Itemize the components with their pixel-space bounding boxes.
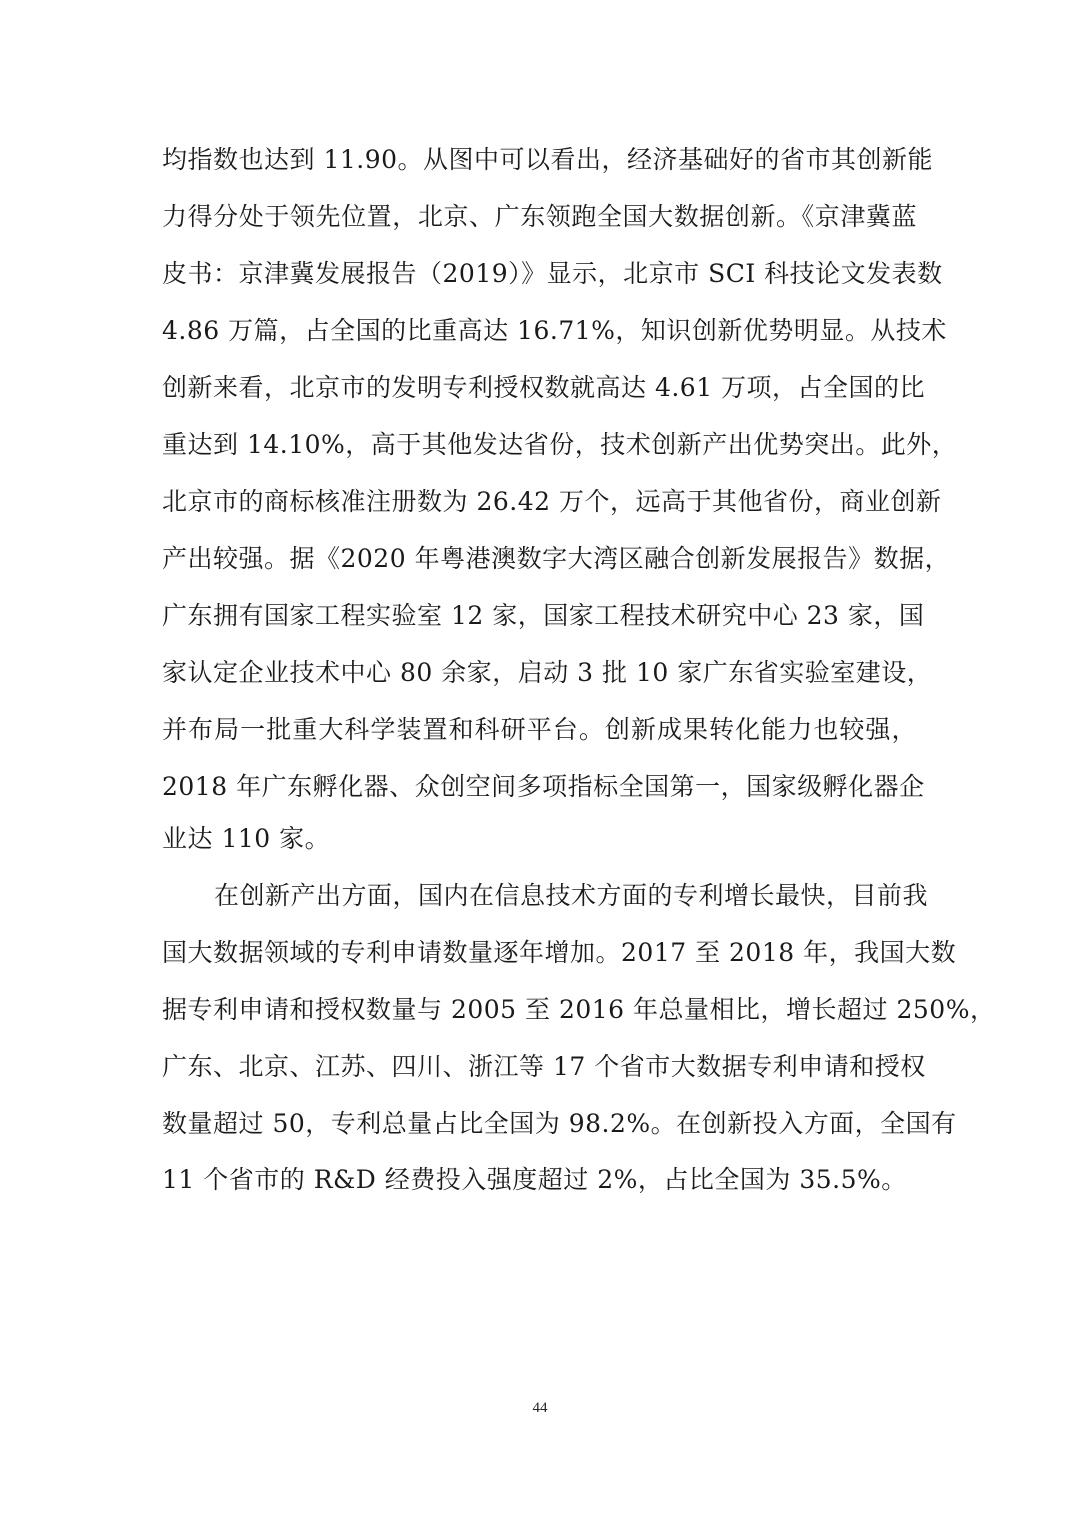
text-line: 据专利申请和授权数量与 2005 至 2016 年总量相比，增长超过 250%， [162,990,917,1030]
text-line: 2018 年广东孵化器、众创空间多项指标全国第一，国家级孵化器企 [162,767,917,807]
text-line: 创新来看，北京市的发明专利授权数就高达 4.61 万项，占全国的比 [162,368,917,408]
text-line: 业达 110 家。 [162,819,917,859]
text-line: 11 个省市的 R&D 经费投入强度超过 2%，占比全国为 35.5%。 [162,1160,917,1200]
page-number: 44 [0,1398,1080,1418]
text-line: 家认定企业技术中心 80 余家，启动 3 批 10 家广东省实验室建设， [162,653,917,693]
text-line: 在创新产出方面，国内在信息技术方面的专利增长最快，目前我 [214,876,917,916]
text-line: 产出较强。据《2020 年粤港澳数字大湾区融合创新发展报告》数据， [162,539,917,579]
text-line: 均指数也达到 11.90。从图中可以看出，经济基础好的省市其创新能 [162,140,917,180]
text-line: 数量超过 50，专利总量占比全国为 98.2%。在创新投入方面，全国有 [162,1104,917,1144]
text-line: 并布局一批重大科学装置和科研平台。创新成果转化能力也较强， [162,710,917,750]
text-line: 力得分处于领先位置，北京、广东领跑全国大数据创新。《京津冀蓝 [162,197,917,237]
text-line: 重达到 14.10%，高于其他发达省份，技术创新产出优势突出。此外， [162,425,917,465]
text-line: 国大数据领域的专利申请数量逐年增加。2017 至 2018 年，我国大数 [162,933,917,973]
text-line: 皮书：京津冀发展报告（2019）》显示，北京市 SCI 科技论文发表数 [162,254,917,294]
text-line: 4.86 万篇，占全国的比重高达 16.71%，知识创新优势明显。从技术 [162,311,917,351]
text-line: 广东、北京、江苏、四川、浙江等 17 个省市大数据专利申请和授权 [162,1047,917,1087]
text-line: 广东拥有国家工程实验室 12 家，国家工程技术研究中心 23 家，国 [162,596,917,636]
document-page: 均指数也达到 11.90。从图中可以看出，经济基础好的省市其创新能 力得分处于领… [0,0,1080,1527]
text-line: 北京市的商标核准注册数为 26.42 万个，远高于其他省份，商业创新 [162,482,917,522]
